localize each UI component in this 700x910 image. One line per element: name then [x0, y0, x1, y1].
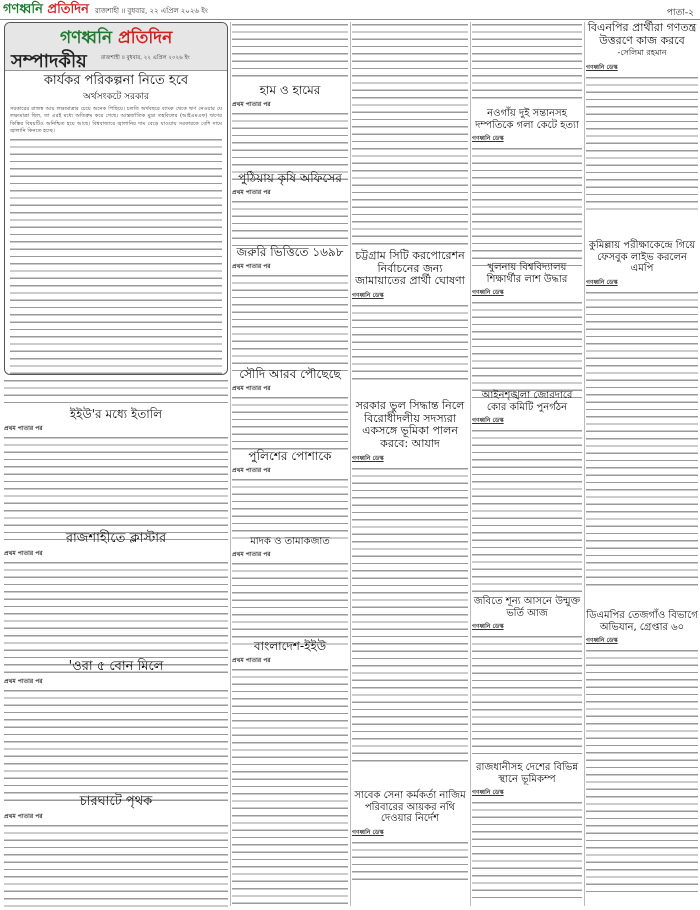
article-urgent[interactable]: জরুরি ভিত্তিতে ১৬৯৮ প্রথম পাতার পর — [232, 246, 348, 373]
article-puthia[interactable]: পুঠিয়ায় কৃষি অফিসের প্রথম পাতার পর — [232, 172, 348, 249]
column-divider — [230, 22, 231, 906]
newspaper-logo[interactable]: গণধ্বনি প্রতিদিন — [3, 2, 89, 18]
column-divider — [584, 22, 585, 906]
editorial-subhead: অর্থসংকটে সরকার — [5, 89, 227, 104]
article-rajshahi[interactable]: রাজশাহীতে ক্লাস্টার প্রথম পাতার পর — [4, 532, 228, 678]
editorial-section-title: সম্পাদকীয় — [11, 47, 87, 78]
article-naogaon[interactable]: নওগাঁয় দুই সন্তানসহ দম্পতিকে গলা কেটে হ… — [472, 108, 582, 266]
article-admission[interactable]: জবিতে শূন্য আসনে উন্মুক্ত ভর্তি আজ গণধ্ব… — [472, 596, 582, 754]
article-quake[interactable]: রাজধানীসহ দেশের বিভিন্ন স্থানে ভূমিকম্প … — [472, 762, 582, 900]
editorial-body-lines — [10, 137, 222, 375]
dateline: রাজশাহী ॥ বুধবার, ২২ এপ্রিল ২০২৬ ইং — [95, 5, 208, 17]
page-number: পাতা-২ — [667, 5, 694, 20]
masthead-bar: গণধ্বনি প্রতিদিন রাজশাহী ॥ বুধবার, ২২ এপ… — [0, 0, 700, 20]
article-azad[interactable]: সরকার ভুল সিদ্ধান্ত নিলে বিরোধীদলীয় সদস… — [352, 400, 468, 766]
article-dmp[interactable]: ডিএমপির তেজগাঁও বিভাগে অভিযান, গ্রেপ্তার… — [586, 610, 698, 898]
article-ctg[interactable]: চট্টগ্রাম সিটি করপোরেশন নির্বাচনের জন্য … — [352, 250, 468, 383]
article-headline: রাজশাহীতে ক্লাস্টার — [4, 532, 228, 547]
article-italy[interactable]: ইইউ'র মধ্যে ইতালি প্রথম পাতার পর — [4, 378, 228, 540]
article-law[interactable]: আইনশৃঙ্খলা জোরদারে কোর কমিটি পুনর্গঠন গণ… — [472, 390, 582, 598]
article-duck[interactable]: হাম ও হামের প্রথম পাতার পর — [232, 84, 348, 181]
article-police[interactable]: পুলিশের পোশাকে প্রথম পাতার পর — [232, 450, 348, 541]
article-saudi[interactable]: সৌদি আরব পৌছেছে প্রথম পাতার পর — [232, 368, 348, 453]
article-headline: ইইউ'র মধ্যে ইতালি — [4, 408, 228, 422]
article-khulna[interactable]: খুলনায় বিশ্ববিদ্যালয় শিক্ষার্থীর লাশ উ… — [472, 262, 582, 400]
editorial-box: গণধ্বনি প্রতিদিন সম্পাদকীয় রাজশাহী ॥ বু… — [4, 22, 228, 375]
article-nazim[interactable]: সাবেক সেনা কর্মকর্তা নাজিম পরিবারের আয়ক… — [352, 790, 468, 880]
article-headline: চারঘাটে পৃথক — [4, 795, 228, 810]
article-bdeu[interactable]: বাংলাদেশ-ইইউ প্রথম পাতার পর — [232, 640, 348, 910]
article-comilla[interactable]: কুমিল্লায় পরীক্ষাকেন্দ্রে গিয়ে ফেসবুক … — [586, 240, 698, 590]
column-divider — [470, 22, 471, 906]
article-bnp[interactable]: বিএনপির প্রার্থীরা গণতন্ত্র উত্তরণে কাজ … — [586, 22, 698, 215]
column-2-continued — [232, 22, 348, 80]
article-headline: 'ওরা ৫ বোন মিলে — [4, 660, 228, 675]
column-3-continued — [352, 22, 468, 250]
column-divider — [350, 22, 351, 906]
article-charghat[interactable]: চারঘাটে পৃথক প্রথম পাতার পর — [4, 795, 228, 910]
column-4-continued — [472, 22, 582, 104]
editorial-date: রাজশাহী ॥ বুধবার, ২২ এপ্রিল ২০২৬ ইং — [101, 55, 190, 63]
article-drugs[interactable]: মাদক ও তামাকজাত প্রথম পাতার পর — [232, 536, 348, 647]
editorial-body: সরকারের রাজস্ব আয় লক্ষ্যমাত্রার চেয়ে অ… — [5, 104, 227, 137]
article-sisters[interactable]: 'ওরা ৫ বোন মিলে প্রথম পাতার পর — [4, 660, 228, 806]
editorial-header: গণধ্বনি প্রতিদিন সম্পাদকীয় রাজশাহী ॥ বু… — [5, 23, 227, 71]
